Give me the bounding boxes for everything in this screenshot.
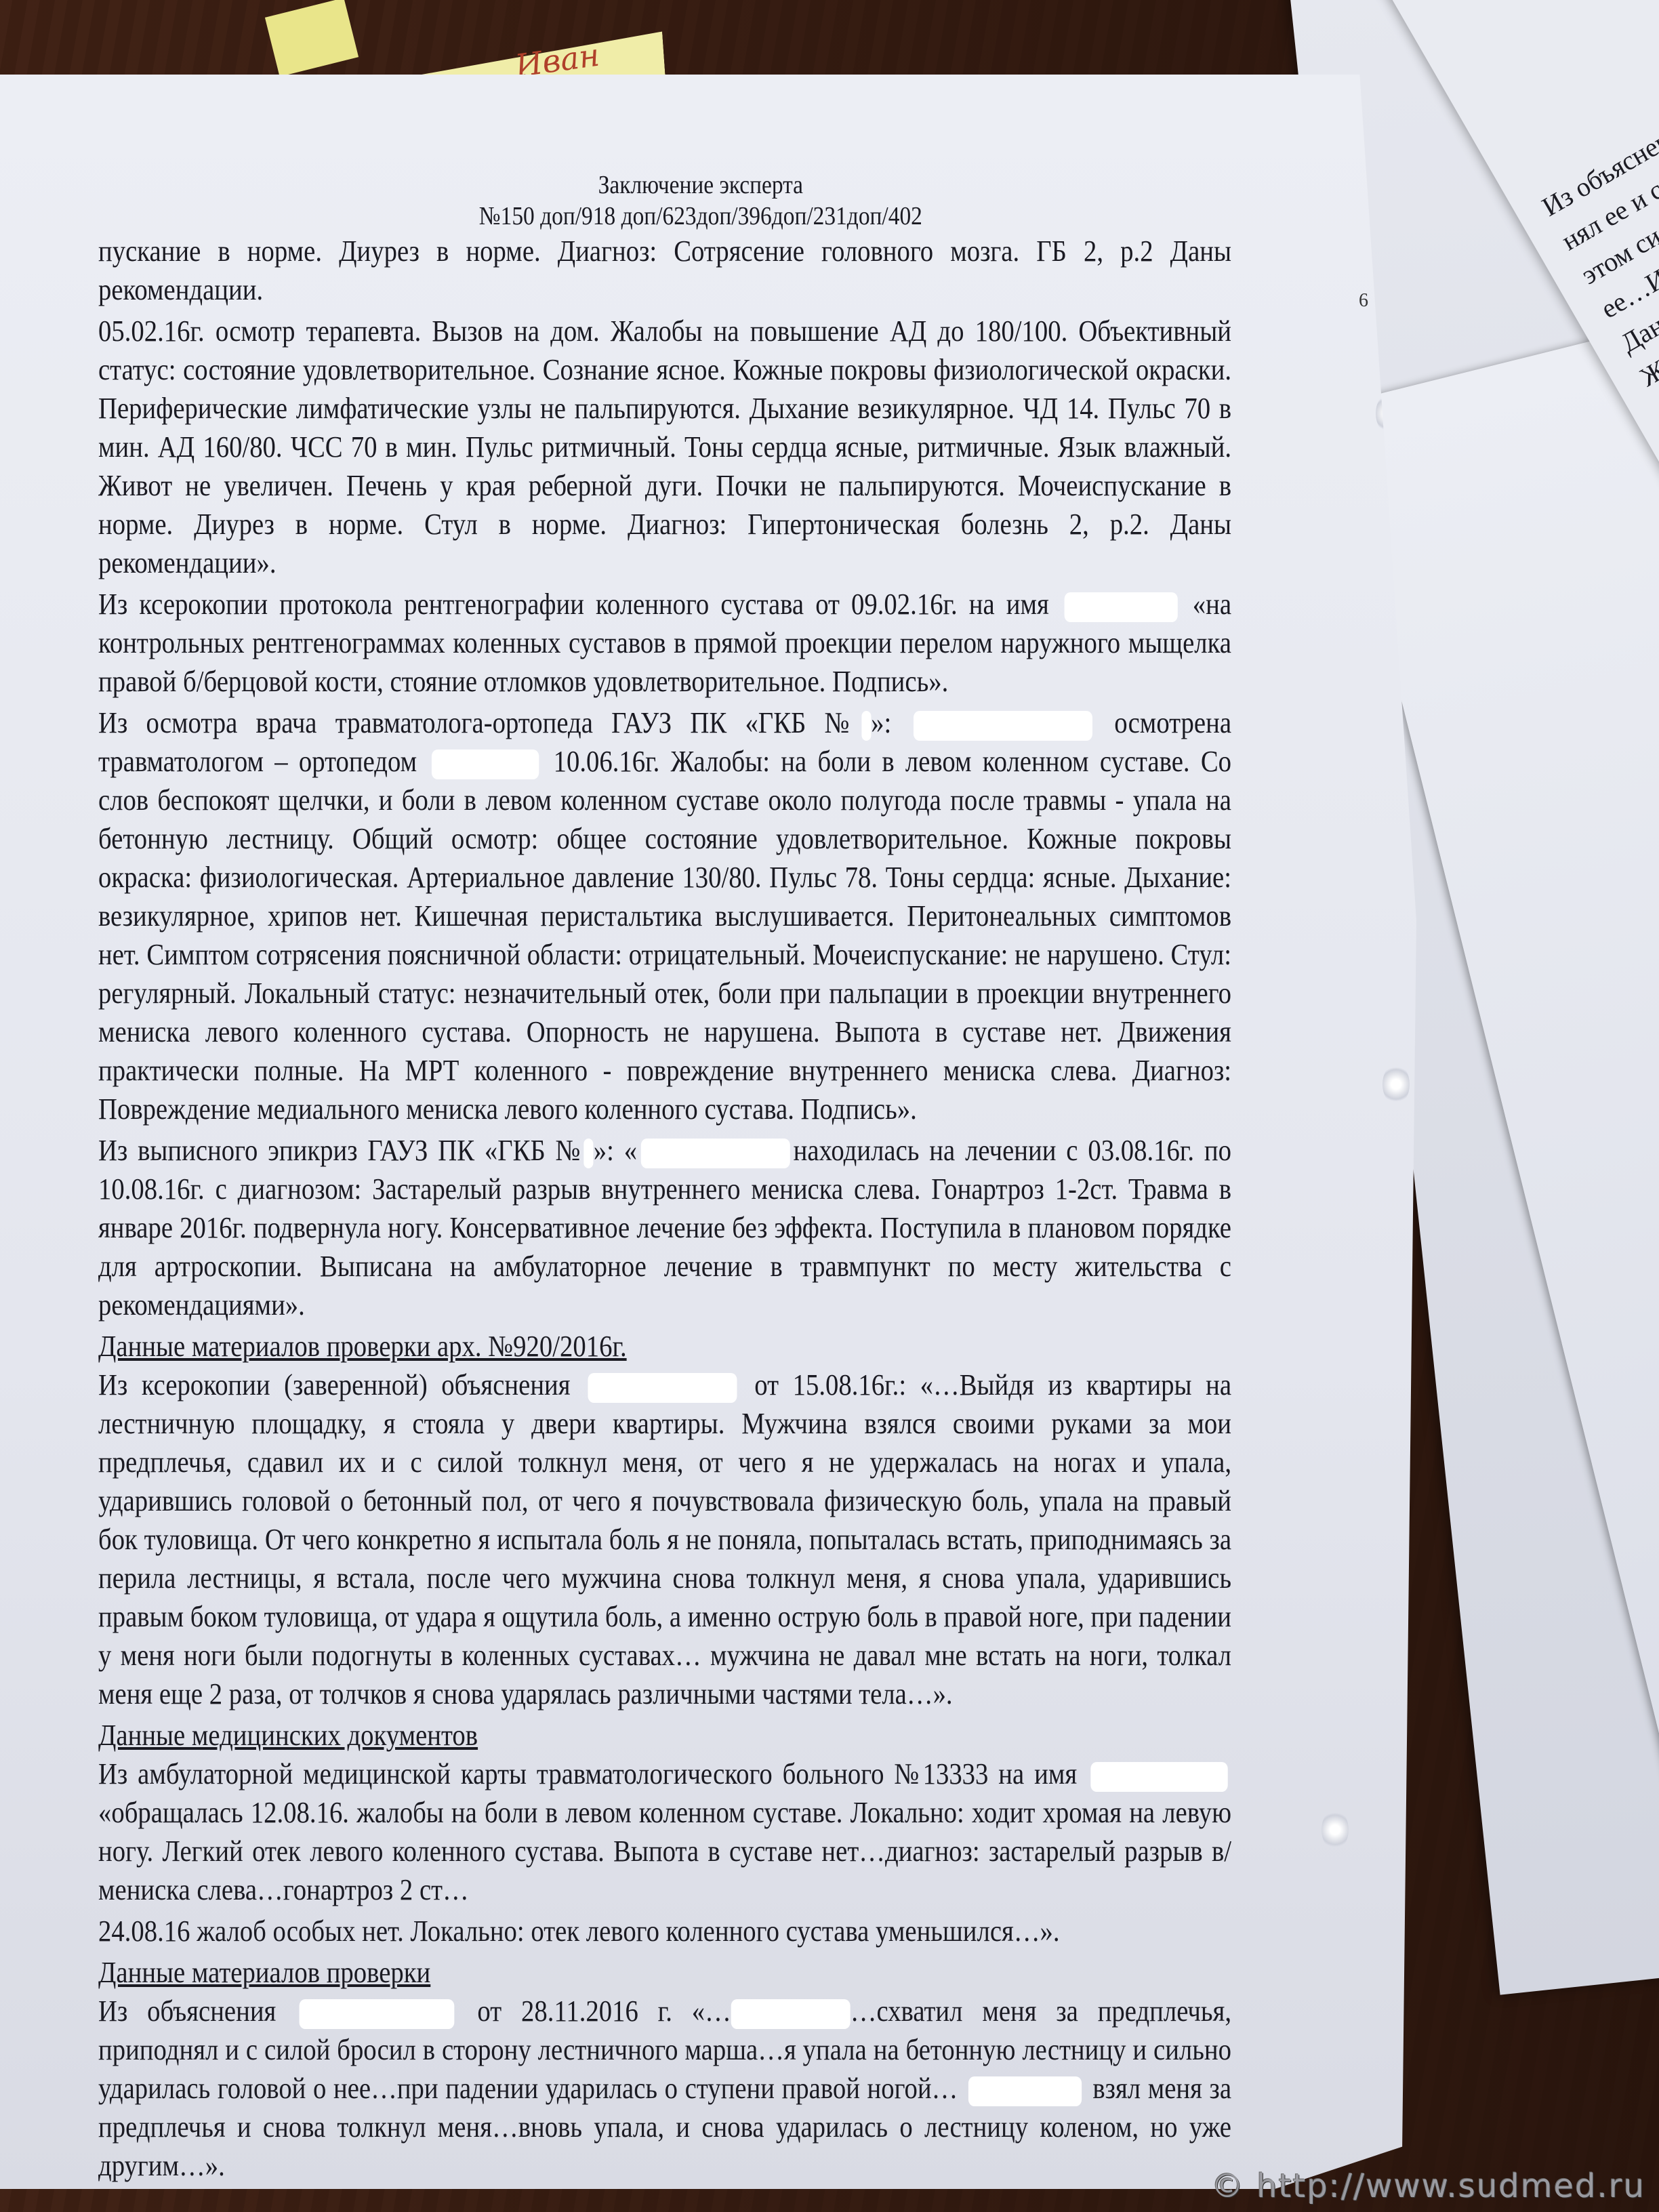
statement-paragraph: Из объяснения от 28.11.2016 г. «……схвати… — [98, 1992, 1231, 2185]
text: Из ксерокопии (заверенной) объяснения — [98, 1368, 571, 1401]
redacted-name — [914, 711, 1092, 741]
staple-hole — [1322, 1809, 1349, 1850]
document-number: №150 доп/918 доп/623доп/396доп/231доп/40… — [170, 201, 1231, 232]
paragraph: 05.02.16г. осмотр терапевта. Вызов на до… — [98, 312, 1231, 582]
redacted-name — [300, 1999, 455, 2029]
staple-hole — [1382, 1064, 1410, 1105]
trauma-exam-paragraph: Из осмотра врача травматолога-ортопеда Г… — [98, 703, 1231, 1128]
text: Из амбулаторной медицинской карты травма… — [98, 1757, 1077, 1790]
document-body: Заключение эксперта №150 доп/918 доп/623… — [98, 169, 1231, 2185]
redacted-number — [584, 1139, 594, 1168]
redacted-name — [1064, 592, 1177, 622]
text: от 28.11.2016 г. «… — [477, 1994, 731, 2028]
medical-card-followup: 24.08.16 жалоб особых нет. Локально: оте… — [98, 1912, 1231, 1950]
text: от 15.08.16г.: «…Выйдя из квартиры на ле… — [98, 1368, 1231, 1711]
text: Из осмотра врача травматолога-ортопеда Г… — [98, 706, 861, 739]
section-heading: Данные медицинских документов — [98, 1716, 1231, 1755]
section-heading: Данные материалов проверки — [98, 1953, 1231, 1992]
document-title: Заключение эксперта — [170, 169, 1231, 201]
redacted-name — [968, 2076, 1082, 2106]
redacted-name — [731, 1999, 851, 2029]
xray-paragraph: Из ксерокопии протокола рентгенографии к… — [98, 585, 1231, 701]
redacted-name — [640, 1139, 790, 1168]
discharge-paragraph: Из выписного эпикриз ГАУЗ ПК «ГКБ №»: «н… — [98, 1131, 1231, 1324]
text: »: — [871, 706, 891, 739]
text: Из ксерокопии протокола рентгенографии к… — [98, 588, 1049, 621]
redacted-name — [588, 1373, 737, 1403]
text: «обращалась 12.08.16. жалобы на боли в л… — [98, 1796, 1231, 1906]
text: »: « — [594, 1134, 637, 1167]
page-number: 6 — [1359, 290, 1368, 312]
watermark: © http://www.sudmed.ru — [1211, 2167, 1645, 2205]
redacted-name — [432, 750, 539, 779]
section-heading: Данные материалов проверки арх. №920/201… — [98, 1327, 1231, 1366]
statement-paragraph: Из ксерокопии (заверенной) объяснения от… — [98, 1366, 1231, 1713]
medical-card-paragraph: Из амбулаторной медицинской карты травма… — [98, 1755, 1231, 1909]
document-header: Заключение эксперта №150 доп/918 доп/623… — [170, 169, 1231, 232]
redacted-name — [1090, 1762, 1227, 1792]
paragraph: пускание в норме. Диурез в норме. Диагно… — [98, 232, 1231, 309]
text: 10.06.16г. Жалобы: на боли в левом колен… — [98, 745, 1231, 1126]
text: Из выписного эпикриз ГАУЗ ПК «ГКБ № — [98, 1134, 584, 1167]
text: Из объяснения — [98, 1994, 276, 2028]
redacted-number — [861, 711, 871, 741]
